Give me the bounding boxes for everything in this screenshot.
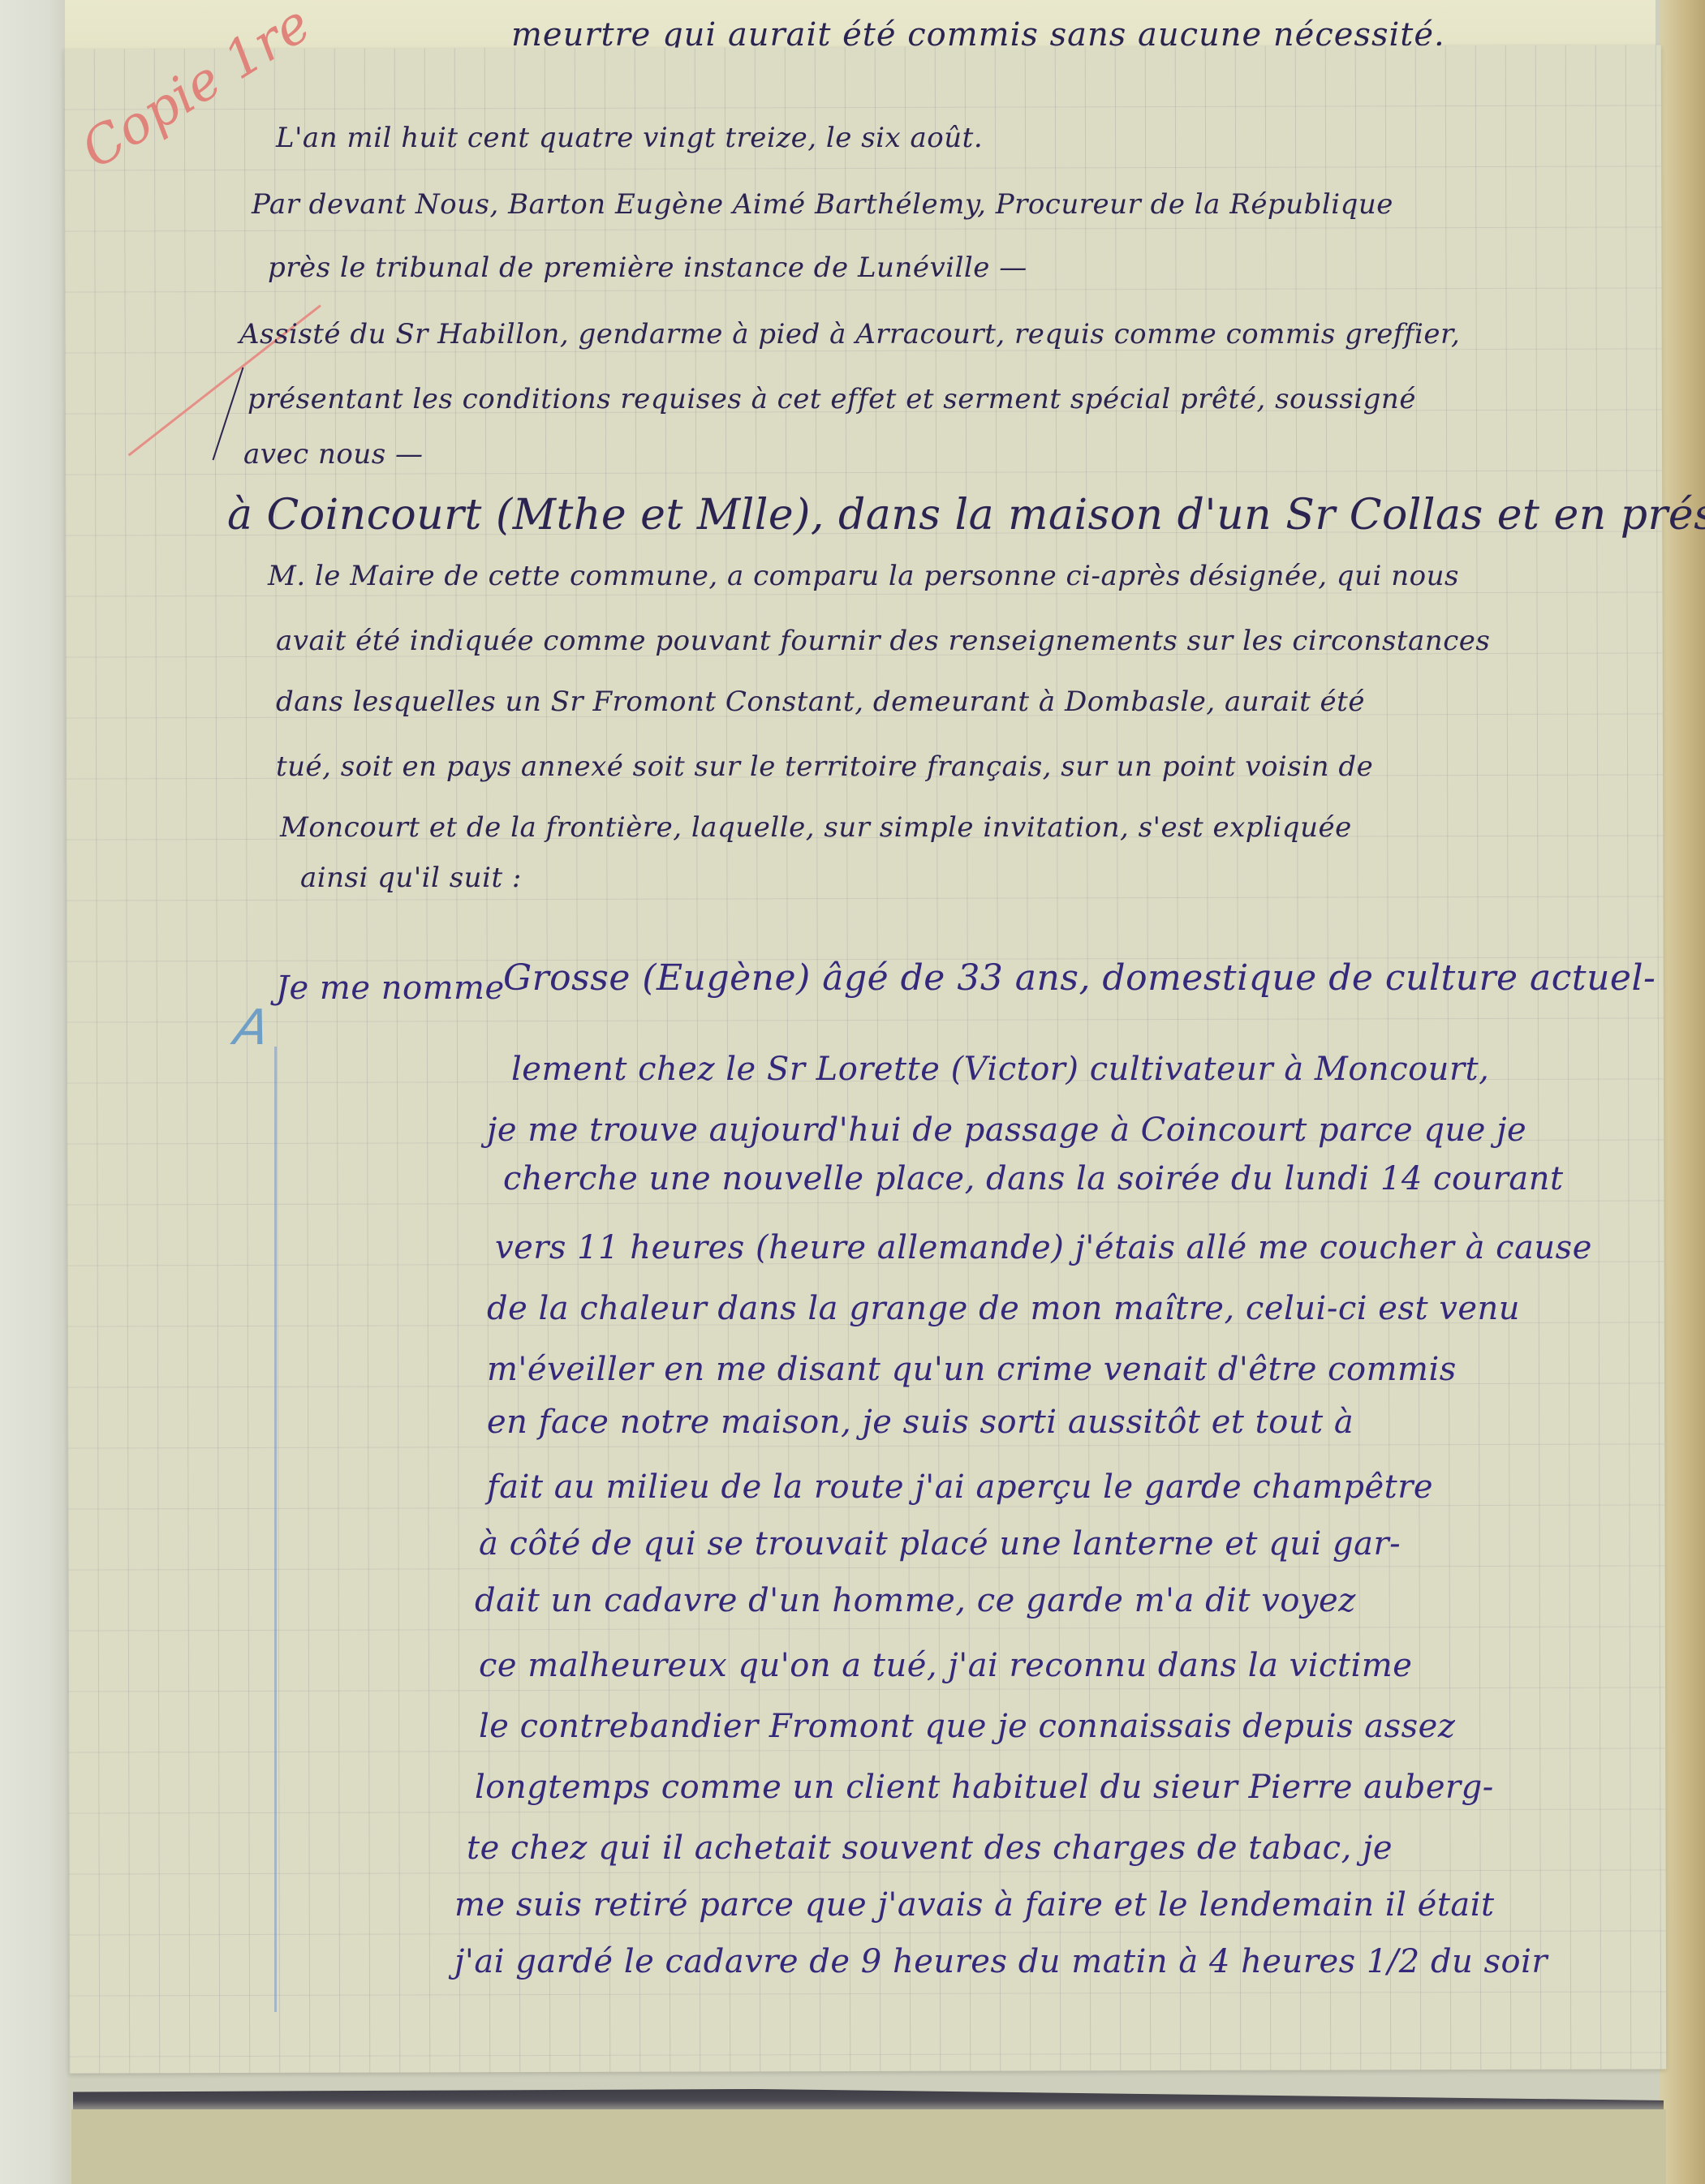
deposition-line-14: longtemps comme un client habituel du si… bbox=[475, 1769, 1494, 1806]
preamble-line-5: présentant les conditions requises à cet… bbox=[248, 383, 1416, 415]
preamble-line-8: M. le Maire de cette commune, a comparu … bbox=[268, 560, 1459, 592]
deposition-line-17: j'ai gardé le cadavre de 9 heures du mat… bbox=[454, 1943, 1548, 1980]
deposition-line-7: m'éveiller en me disant qu'un crime vena… bbox=[487, 1351, 1457, 1388]
deposition-line-12: ce malheureux qu'on a tué, j'ai reconnu … bbox=[479, 1647, 1412, 1684]
preamble-line-10: dans lesquelles un Sr Fromont Constant, … bbox=[276, 686, 1365, 718]
blue-pencil-margin-line bbox=[274, 1047, 277, 2012]
binding-right-edge bbox=[1660, 0, 1705, 2184]
deposition-line-8: en face notre maison, je suis sorti auss… bbox=[487, 1404, 1354, 1441]
deposition-line-15: te chez qui il achetait souvent des char… bbox=[467, 1829, 1393, 1867]
deposition-line-9: fait au milieu de la route j'ai aperçu l… bbox=[487, 1468, 1433, 1506]
under-sheet-bottom bbox=[71, 2109, 1666, 2184]
preamble-line-4: Assisté du Sr Habillon, gendarme à pied … bbox=[239, 318, 1460, 350]
preamble-line-7: à Coincourt (Mthe et Mlle), dans la mais… bbox=[227, 491, 1705, 540]
deposition-line-2: lement chez le Sr Lorette (Victor) culti… bbox=[511, 1051, 1489, 1088]
deposition-line-4: cherche une nouvelle place, dans la soir… bbox=[503, 1160, 1564, 1197]
deposition-line-11: dait un cadavre d'un homme, ce garde m'a… bbox=[475, 1582, 1356, 1619]
deposition-line-10: à côté de qui se trouvait placé une lant… bbox=[479, 1525, 1401, 1563]
deposition-opening: Je me nomme bbox=[276, 969, 505, 1007]
deposition-line-3: je me trouve aujourd'hui de passage à Co… bbox=[487, 1111, 1526, 1149]
preamble-line-9: avait été indiquée comme pouvant fournir… bbox=[276, 625, 1490, 657]
preamble-line-13: ainsi qu'il suit : bbox=[300, 862, 522, 894]
preamble-line-6: avec nous — bbox=[243, 438, 423, 471]
deposition-line-5: vers 11 heures (heure allemande) j'étais… bbox=[495, 1229, 1592, 1266]
preamble-line-12: Moncourt et de la frontière, laquelle, s… bbox=[280, 811, 1352, 844]
deposition-line-13: le contrebandier Fromont que je connaiss… bbox=[479, 1708, 1455, 1745]
deposition-line-6: de la chaleur dans la grange de mon maît… bbox=[487, 1290, 1520, 1327]
preamble-line-1: L'an mil huit cent quatre vingt treize, … bbox=[276, 122, 983, 154]
preamble-line-3: près le tribunal de première instance de… bbox=[268, 252, 1027, 284]
under-page-left-strip bbox=[0, 0, 68, 2184]
preamble-line-11: tué, soit en pays annexé soit sur le ter… bbox=[276, 750, 1373, 783]
preamble-line-2: Par devant Nous, Barton Eugène Aimé Bart… bbox=[252, 188, 1393, 221]
deposition-line-1: Grosse (Eugène) âgé de 33 ans, domestiqu… bbox=[503, 957, 1655, 999]
deposition-line-16: me suis retiré parce que j'avais à faire… bbox=[454, 1886, 1495, 1924]
